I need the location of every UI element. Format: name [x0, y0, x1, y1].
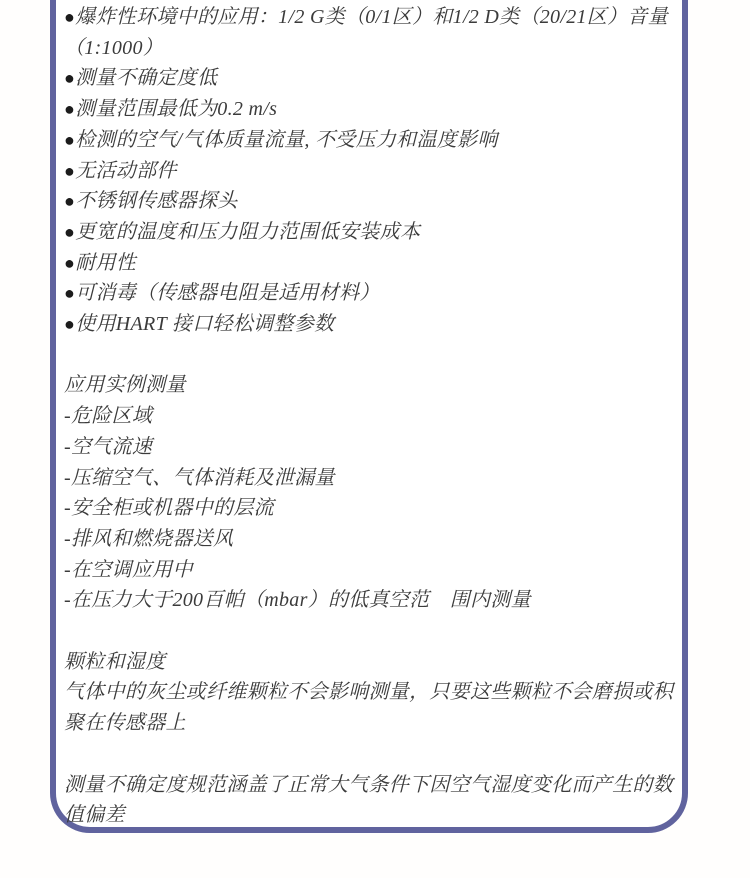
feature-list: ●爆炸性环境中的应用：1/2 G类（0/1区）和1/2 D类（20/21区）音量… [64, 2, 678, 340]
feature-text: 可消毒（传感器电阻是适用材料） [75, 282, 380, 304]
feature-item: ●测量不确定度低 [64, 63, 678, 94]
bullet-icon: ● [64, 222, 75, 242]
application-item: -排风和燃烧器送风 [64, 524, 678, 555]
feature-item: ●测量范围最低为0.2 m/s [64, 94, 678, 125]
feature-item: ●耐用性 [64, 248, 678, 279]
application-item: -空气流速 [64, 432, 678, 463]
feature-item: ●爆炸性环境中的应用：1/2 G类（0/1区）和1/2 D类（20/21区）音量… [64, 2, 678, 63]
particles-body: 气体中的灰尘或纤维颗粒不会影响测量，只要这些颗粒不会磨损或积聚在传感器上 [64, 677, 678, 738]
feature-text: 耐用性 [75, 252, 136, 274]
application-item: -安全柜或机器中的层流 [64, 493, 678, 524]
feature-item: ●可消毒（传感器电阻是适用材料） [64, 278, 678, 309]
feature-text: 检测的空气/气体质量流量, 不受压力和温度影响 [75, 129, 497, 151]
feature-text: 更宽的温度和压力阻力范围低安装成本 [75, 221, 420, 243]
feature-item: ●无活动部件 [64, 156, 678, 187]
feature-text: 爆炸性环境中的应用：1/2 G类（0/1区）和1/2 D类（20/21区）音量（… [64, 6, 668, 59]
bullet-icon: ● [64, 161, 75, 181]
application-item: -在空调应用中 [64, 555, 678, 586]
bullet-icon: ● [64, 68, 75, 88]
feature-text: 测量不确定度低 [75, 67, 217, 89]
feature-text: 测量范围最低为0.2 m/s [75, 98, 277, 120]
particles-section: 颗粒和湿度 气体中的灰尘或纤维颗粒不会影响测量，只要这些颗粒不会磨损或积聚在传感… [64, 647, 678, 739]
feature-item: ●更宽的温度和压力阻力范围低安装成本 [64, 217, 678, 248]
bullet-icon: ● [64, 99, 75, 119]
feature-text: 不锈钢传感器探头 [75, 190, 237, 212]
feature-text: 无活动部件 [75, 160, 177, 182]
section-spacer [64, 616, 678, 647]
applications-title: 应用实例测量 [64, 370, 678, 401]
bullet-icon: ● [64, 130, 75, 150]
application-item: -在压力大于200百帕（mbar）的低真空范 围内测量 [64, 585, 678, 616]
feature-item: ●检测的空气/气体质量流量, 不受压力和温度影响 [64, 125, 678, 156]
bullet-icon: ● [64, 7, 75, 27]
bullet-icon: ● [64, 283, 75, 303]
feature-item: ●使用HART 接口轻松调整参数 [64, 309, 678, 340]
particles-title: 颗粒和湿度 [64, 647, 678, 678]
application-item: -压缩空气、气体消耗及泄漏量 [64, 463, 678, 494]
section-spacer [64, 340, 678, 371]
measurement-note: 测量不确定度规范涵盖了正常大气条件下因空气湿度变化而产生的数值偏差 [64, 770, 678, 831]
applications-section: 应用实例测量 -危险区域 -空气流速 -压缩空气、气体消耗及泄漏量 -安全柜或机… [64, 370, 678, 616]
feature-item: ●不锈钢传感器探头 [64, 186, 678, 217]
section-spacer [64, 739, 678, 770]
application-item: -危险区域 [64, 401, 678, 432]
product-description: ●爆炸性环境中的应用：1/2 G类（0/1区）和1/2 D类（20/21区）音量… [64, 2, 678, 831]
bullet-icon: ● [64, 191, 75, 211]
bullet-icon: ● [64, 314, 75, 334]
bullet-icon: ● [64, 253, 75, 273]
feature-text: 使用HART 接口轻松调整参数 [75, 313, 334, 335]
